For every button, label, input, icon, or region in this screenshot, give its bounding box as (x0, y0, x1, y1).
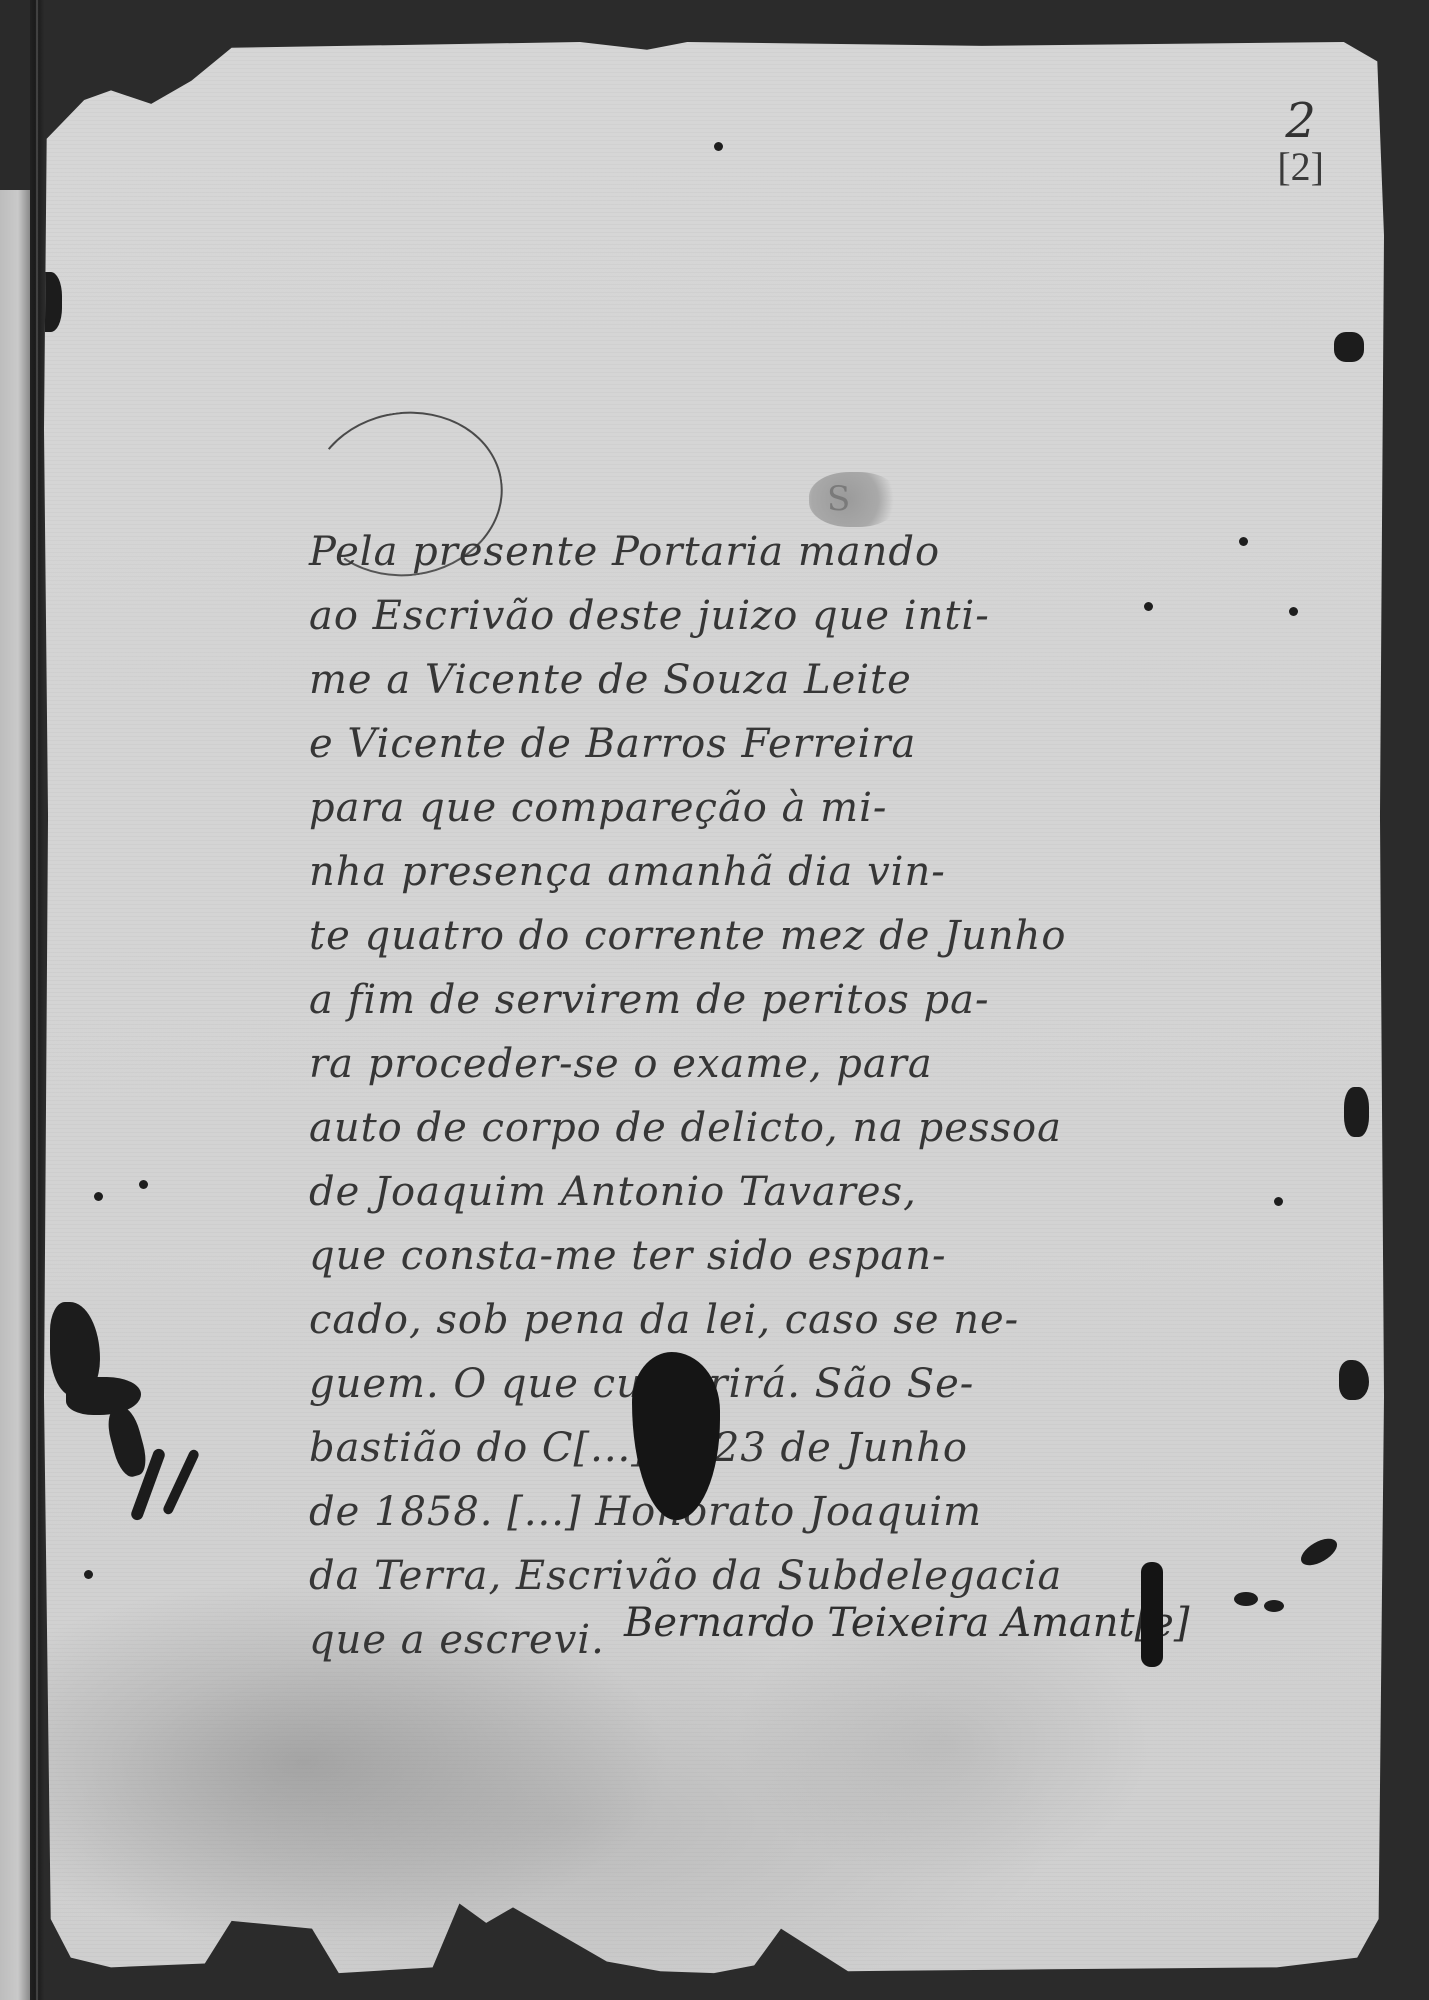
text-line: auto de corpo de delicto, na pessoa (309, 1096, 1169, 1160)
text-line: ao Escrivão deste juizo que inti- (309, 584, 1169, 648)
folio-number: 2 [2] (1277, 97, 1324, 189)
manuscript-body: Pela presente Portaria mando ao Escrivão… (309, 520, 1169, 1672)
paper-damage-hole (1264, 1600, 1284, 1612)
text-line: que consta-me ter sido espan- (309, 1224, 1169, 1288)
text-line: ra proceder-se o exame, para (309, 1032, 1169, 1096)
paper-damage-hole (66, 1377, 141, 1415)
folio-ink-number: 2 (1277, 97, 1324, 145)
signature: Bernardo Teixeira Amant[e] (624, 1600, 1189, 1646)
ink-speck (1239, 537, 1248, 546)
text-line: para que compareção à mi- (309, 776, 1169, 840)
text-line: te quatro do corrente mez de Junho (309, 904, 1169, 968)
ink-speck (139, 1180, 148, 1189)
ink-speck (1274, 1197, 1283, 1206)
text-line: de Joaquim Antonio Tavares, (309, 1160, 1169, 1224)
ink-speck (1144, 602, 1153, 611)
ink-speck (714, 142, 723, 151)
adjacent-page-edge (0, 190, 30, 2000)
paper-damage-hole (1234, 1592, 1258, 1606)
paper-damage-hole (162, 1448, 201, 1516)
text-line: me a Vicente de Souza Leite (309, 648, 1169, 712)
folio-pencil-number: [2] (1277, 145, 1324, 189)
text-line: a fim de servirem de peritos pa- (309, 968, 1169, 1032)
paper-damage-hole (103, 1404, 150, 1479)
paper-damage-hole (1334, 332, 1364, 362)
book-binding-gutter (30, 0, 44, 2000)
adjacent-page-top (0, 0, 30, 190)
ink-speck (84, 1570, 93, 1579)
ink-speck (1289, 607, 1298, 616)
faded-stamp-mark: S (809, 472, 899, 527)
paper-damage-hole (1297, 1533, 1342, 1570)
manuscript-page: 2 [2] S Pela presente Portaria mando ao … (44, 42, 1384, 1977)
paper-damage-hole (1344, 1087, 1369, 1137)
text-line: e Vicente de Barros Ferreira (309, 712, 1169, 776)
ink-stroke-mark (1141, 1562, 1163, 1667)
text-line: cado, sob pena da lei, caso se ne- (309, 1288, 1169, 1352)
text-line: bastião do C[...]al, 23 de Junho (309, 1416, 1169, 1480)
text-line: Pela presente Portaria mando (309, 520, 1169, 584)
text-line: de 1858. [...] Honorato Joaquim (309, 1480, 1169, 1544)
ink-speck (94, 1192, 103, 1201)
paper-damage-hole (1339, 1360, 1369, 1400)
text-line: guem. O que cumprirá. São Se- (309, 1352, 1169, 1416)
text-line: nha presença amanhã dia vin- (309, 840, 1169, 904)
text-line: da Terra, Escrivão da Subdelegacia (309, 1544, 1169, 1608)
